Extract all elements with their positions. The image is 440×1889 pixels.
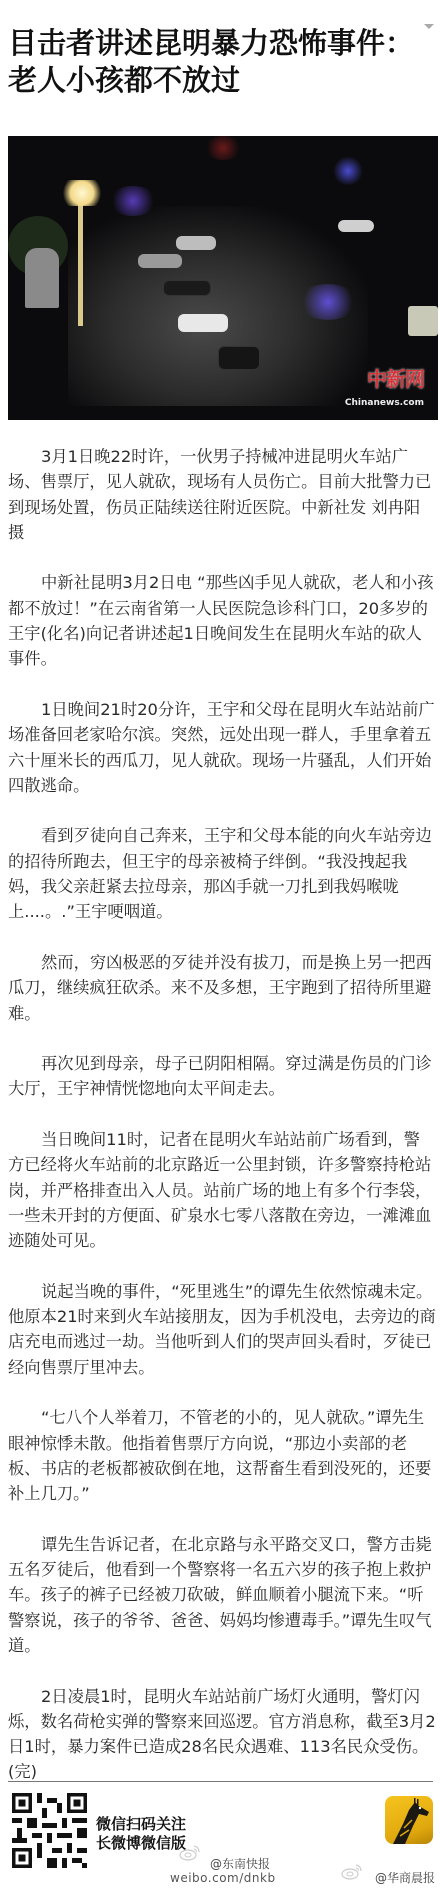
- paragraph: 2日凌晨1时，昆明火车站站前广场灯火通明，警灯闪烁，数名荷枪实弹的警察来回巡逻。…: [8, 1684, 436, 1785]
- wechat-line-2: 长微博微信版: [96, 1834, 186, 1853]
- giraffe-logo-icon: [385, 1796, 433, 1844]
- paragraph: 看到歹徒向自己奔来，王宇和父母本能的向火车站旁边的招待所跑去，但王宇的母亲被椅子…: [8, 823, 436, 924]
- police-light: [333, 156, 363, 186]
- article-title: 目击者讲述昆明暴力恐怖事件：老人小孩都不放过: [8, 25, 428, 99]
- police-light: [108, 186, 158, 216]
- paragraph: 中新社昆明3月2日电 “那些凶手见人就砍，老人和小孩都不放过！”在云南省第一人民…: [8, 570, 436, 671]
- paragraph: 然而，穷凶极恶的歹徒并没有拔刀，而是换上另一把西瓜刀，继续疯狂砍杀。来不及多想，…: [8, 950, 436, 1026]
- police-light: [298, 284, 358, 320]
- weibo-icon: [178, 1843, 202, 1861]
- paragraph: “七八个人举着刀，不管老的小的，见人就砍。”谭先生眼神惊悸未散。他指着售票厅方向…: [8, 1405, 436, 1506]
- article-body: 3月1日晚22时许，一伙男子持械冲进昆明火车站广场、售票厅，见人就砍，现场有人员…: [8, 444, 436, 1810]
- photo-kiosk: [25, 248, 59, 308]
- watermark-chinanews-en: Chinanews.com: [345, 398, 424, 408]
- car: [163, 280, 211, 296]
- car: [138, 254, 182, 268]
- bus: [408, 306, 438, 336]
- paragraph: 谭先生告诉记者，在北京路与永平路交叉口，警方击毙五名歹徒后，他看到一个警察将一名…: [8, 1532, 436, 1658]
- weibo-handle-dnkb[interactable]: @东南快报: [210, 1855, 270, 1872]
- paragraph: 当日晚间11时，记者在昆明火车站站前广场看到，警方已经将火车站前的北京路近一公里…: [8, 1127, 436, 1253]
- car: [218, 346, 260, 370]
- car: [176, 236, 216, 250]
- paragraph: 3月1日晚22时许，一伙男子持械冲进昆明火车站广场、售票厅，见人就砍，现场有人员…: [8, 444, 436, 545]
- footer-divider: [8, 1781, 433, 1782]
- weibo-icon: [340, 1862, 364, 1880]
- police-car: [178, 314, 228, 332]
- paragraph: 1日晚间21时20分许，王宇和父母在昆明火车站站前广场准备回老家哈尔滨。突然，远…: [8, 697, 436, 798]
- wechat-follow-text: 微信扫码关注 长微博微信版: [96, 1815, 186, 1853]
- photo-lamp-pole: [78, 196, 83, 326]
- dropdown-caret-icon[interactable]: [424, 24, 434, 29]
- red-light: [203, 136, 243, 160]
- weibo-url-link[interactable]: weibo.com/dnkb: [170, 1871, 276, 1885]
- car: [338, 220, 374, 232]
- qr-code-icon[interactable]: [12, 1793, 87, 1868]
- article-photo: 中新网 Chinanews.com: [8, 136, 438, 420]
- photo-lamp: [60, 180, 104, 206]
- weibo-handle-hscb[interactable]: @华商晨报: [375, 1869, 435, 1886]
- paragraph: 再次见到母亲，母子已阴阳相隔。穿过满是伤员的门诊大厅，王宇神情恍惚地向太平间走去…: [8, 1051, 436, 1102]
- wechat-line-1: 微信扫码关注: [96, 1815, 186, 1834]
- watermark-chinanews-cn: 中新网: [367, 363, 424, 392]
- paragraph: 说起当晚的事件，“死里逃生”的谭先生依然惊魂未定。他原本21时来到火车站接朋友，…: [8, 1279, 436, 1380]
